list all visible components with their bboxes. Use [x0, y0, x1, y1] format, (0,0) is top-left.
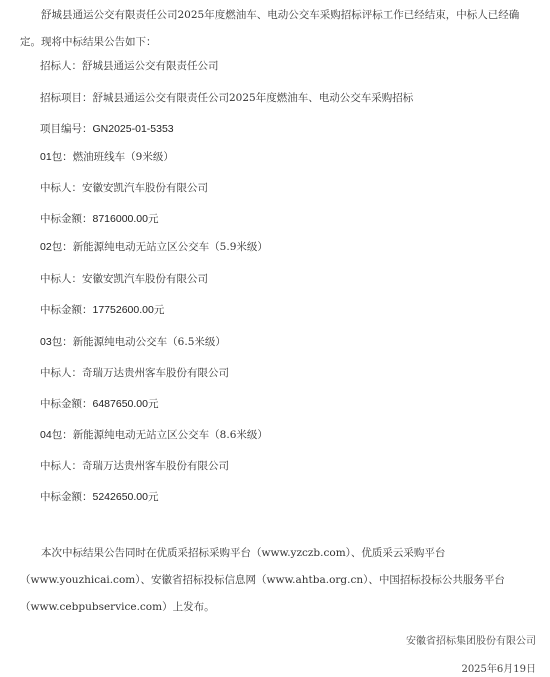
tenderer-label: 招标人：: [40, 60, 82, 72]
package-name: 燃油班线车（9米级）: [73, 151, 174, 163]
winner-name: 奇瑞万达贵州客车股份有限公司: [82, 460, 229, 472]
project-value: 舒城县通运公交有限责任公司2025年度燃油车、电动公交车采购招标: [93, 92, 414, 104]
package-title: 03包：新能源纯电动公交车（6.5米级）: [40, 335, 226, 349]
amount-value: 5242650.00: [93, 491, 148, 503]
package-winner: 中标人：安徽安凯汽车股份有限公司: [40, 272, 208, 286]
package-amount: 中标金额：6487650.00元: [40, 397, 158, 411]
tenderer-line: 招标人：舒城县通运公交有限责任公司: [40, 59, 219, 73]
package-name: 新能源纯电动公交车（6.5米级）: [73, 336, 226, 348]
project-number-label: 项目编号：: [40, 123, 93, 135]
winner-name: 奇瑞万达贵州客车股份有限公司: [82, 367, 229, 379]
package-amount: 中标金额：17752600.00元: [40, 303, 164, 317]
package-title: 01包：燃油班线车（9米级）: [40, 150, 174, 164]
package-title: 02包：新能源纯电动无站立区公交车（5.9米级）: [40, 240, 268, 254]
project-label: 招标项目：: [40, 92, 93, 104]
project-line: 招标项目：舒城县通运公交有限责任公司2025年度燃油车、电动公交车采购招标: [40, 91, 413, 105]
tenderer-value: 舒城县通运公交有限责任公司: [82, 60, 219, 72]
project-number-line: 项目编号：GN2025-01-5353: [40, 122, 174, 136]
winner-name: 安徽安凯汽车股份有限公司: [82, 273, 208, 285]
publication-notice: 本次中标结果公告同时在优质采招标采购平台（www.yzczb.com）、优质采云…: [20, 540, 535, 621]
package-amount: 中标金额：5242650.00元: [40, 490, 158, 504]
signature-organization: 安徽省招标集团股份有限公司: [406, 632, 536, 647]
package-name: 新能源纯电动无站立区公交车（5.9米级）: [73, 241, 268, 253]
package-amount: 中标金额：8716000.00元: [40, 212, 158, 226]
amount-value: 8716000.00: [93, 213, 148, 225]
intro-paragraph: 舒城县通运公交有限责任公司2025年度燃油车、电动公交车采购招标评标工作已经结束…: [20, 2, 535, 56]
project-number-value: GN2025-01-5353: [93, 123, 174, 135]
package-title: 04包：新能源纯电动无站立区公交车（8.6米级）: [40, 428, 268, 442]
package-name: 新能源纯电动无站立区公交车（8.6米级）: [73, 429, 268, 441]
package-winner: 中标人：安徽安凯汽车股份有限公司: [40, 181, 208, 195]
package-winner: 中标人：奇瑞万达贵州客车股份有限公司: [40, 459, 229, 473]
amount-value: 17752600.00: [93, 304, 154, 316]
amount-value: 6487650.00: [93, 398, 148, 410]
signature-date: 2025年6月19日: [461, 660, 536, 675]
winner-name: 安徽安凯汽车股份有限公司: [82, 182, 208, 194]
package-winner: 中标人：奇瑞万达贵州客车股份有限公司: [40, 366, 229, 380]
